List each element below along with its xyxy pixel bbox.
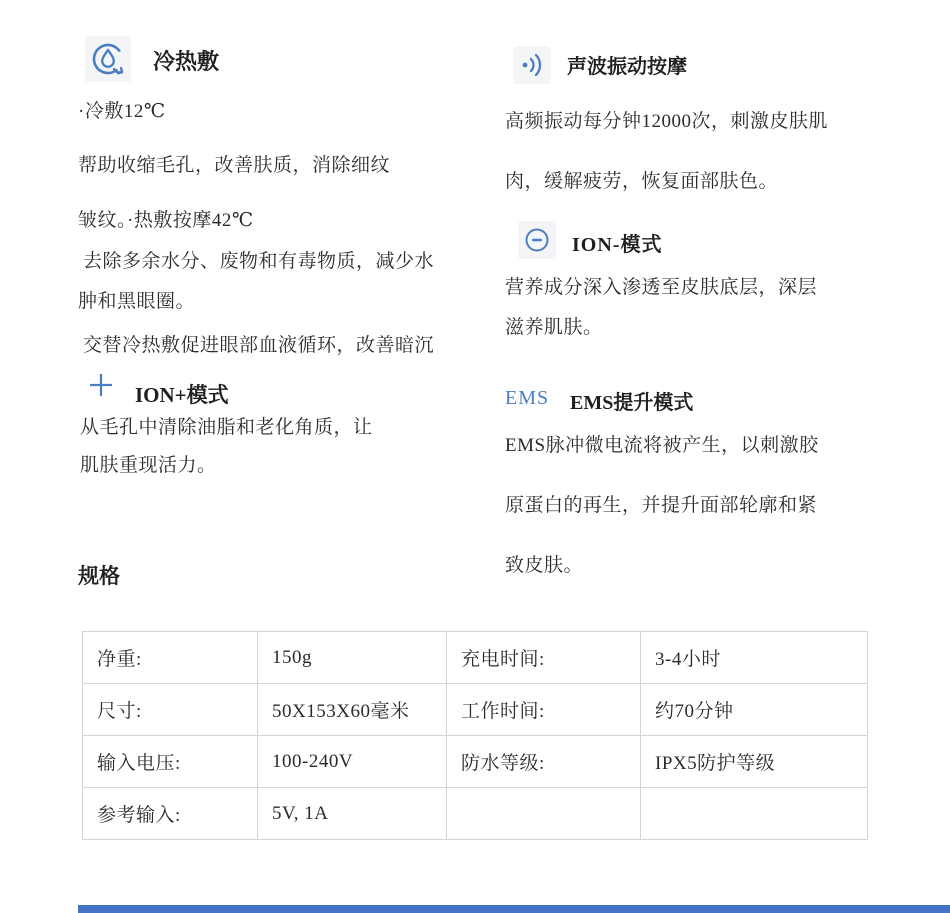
temperature-droplet-cycle-icon	[85, 36, 131, 82]
table-row: 净重: 150g 充电时间: 3-4小时	[83, 632, 868, 684]
section-title-cold-hot: 冷热敷	[153, 45, 219, 76]
ion-plus-text-line: 肌肤重现活力。	[80, 450, 217, 477]
cold-hot-text-line: ·冷敷12℃	[78, 96, 166, 123]
ems-text-icon: EMS	[505, 387, 549, 410]
sonic-text-line: 肉，缓解疲劳，恢复面部肤色。	[505, 166, 778, 193]
spec-value: 150g	[258, 632, 447, 684]
section-title-ems: EMS提升模式	[570, 386, 693, 415]
specs-heading: 规格	[78, 560, 120, 590]
spec-label: 工作时间:	[447, 684, 641, 736]
ion-minus-text-line: 营养成分深入渗透至皮肤底层，深层	[505, 272, 817, 299]
section-title-ion-minus: ION-模式	[572, 228, 662, 257]
spec-label: 尺寸:	[83, 684, 258, 736]
spec-label: 输入电压:	[83, 736, 258, 788]
bottom-accent-bar	[78, 905, 950, 913]
table-row: 参考输入: 5V, 1A	[83, 788, 868, 840]
spec-label	[447, 788, 641, 840]
spec-label: 参考输入:	[83, 788, 258, 840]
cold-hot-text-line: 交替冷热敷促进眼部血液循环，改善暗沉	[83, 330, 434, 357]
ion-plus-text-line: 从毛孔中清除油脂和老化角质，让	[80, 412, 373, 439]
spec-value	[641, 788, 868, 840]
section-title-ion-plus: ION+模式	[135, 379, 229, 409]
plus-icon	[88, 372, 114, 403]
cold-hot-text-line: 皱纹。·热敷按摩42℃	[78, 205, 254, 232]
product-description-page: { "colors": { "accent_blue": "#4c7dc0", …	[0, 0, 950, 913]
ems-text-line: 致皮肤。	[505, 550, 583, 577]
spec-value: 5V, 1A	[258, 788, 447, 840]
circle-minus-icon	[518, 221, 556, 259]
ems-text-line: 原蛋白的再生，并提升面部轮廓和紧	[505, 490, 817, 517]
spec-value: 50X153X60毫米	[258, 684, 447, 736]
ems-text-line: EMS脉冲微电流将被产生，以刺激胶	[505, 430, 819, 457]
cold-hot-text-line: 肿和黑眼圈。	[78, 286, 195, 313]
spec-value: 约70分钟	[641, 684, 868, 736]
spec-label: 防水等级:	[447, 736, 641, 788]
table-row: 尺寸: 50X153X60毫米 工作时间: 约70分钟	[83, 684, 868, 736]
spec-value: IPX5防护等级	[641, 736, 868, 788]
sonic-text-line: 高频振动每分钟12000次，刺激皮肤肌	[505, 106, 828, 133]
spec-value: 3-4小时	[641, 632, 868, 684]
cold-hot-text-line: 去除多余水分、废物和有毒物质，减少水	[83, 246, 434, 273]
cold-hot-text-line: 帮助收缩毛孔，改善肤质，消除细纹	[78, 150, 390, 177]
specs-table: 净重: 150g 充电时间: 3-4小时 尺寸: 50X153X60毫米 工作时…	[82, 631, 868, 840]
section-title-sonic: 声波振动按摩	[567, 50, 687, 79]
spec-label: 净重:	[83, 632, 258, 684]
ion-minus-text-line: 滋养肌肤。	[505, 312, 603, 339]
spec-label: 充电时间:	[447, 632, 641, 684]
table-row: 输入电压: 100-240V 防水等级: IPX5防护等级	[83, 736, 868, 788]
sound-wave-icon	[513, 46, 551, 84]
spec-value: 100-240V	[258, 736, 447, 788]
